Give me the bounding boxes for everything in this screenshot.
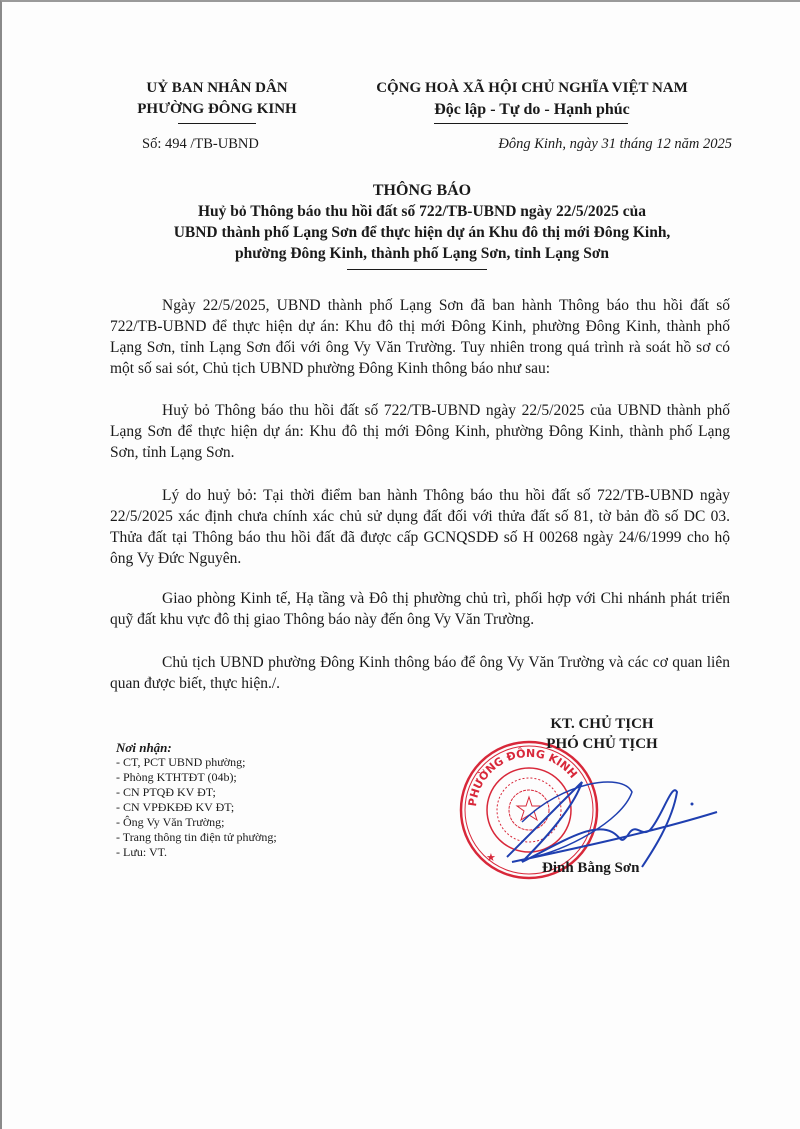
agency-underline bbox=[178, 123, 256, 124]
document-title: THÔNG BÁO Huỷ bỏ Thông báo thu hồi đất s… bbox=[112, 180, 732, 264]
nation-line-1: CỘNG HOÀ XÃ HỘI CHỦ NGHĨA VIỆT NAM bbox=[332, 78, 732, 99]
subject-line-3: phường Đông Kinh, thành phố Lạng Sơn, tỉ… bbox=[112, 243, 732, 264]
recipients-list: Nơi nhận: - CT, PCT UBND phường; - Phòng… bbox=[116, 740, 277, 860]
body-paragraph-3: Lý do huỷ bỏ: Tại thời điểm ban hành Thô… bbox=[110, 485, 730, 569]
national-motto: CỘNG HOÀ XÃ HỘI CHỦ NGHĨA VIỆT NAM Độc l… bbox=[332, 78, 732, 120]
title-underline bbox=[347, 269, 487, 270]
body-paragraph-2: Huỷ bỏ Thông báo thu hồi đất số 722/TB-U… bbox=[110, 400, 730, 463]
nation-line-2: Độc lập - Tự do - Hạnh phúc bbox=[332, 99, 732, 120]
document-page: UỶ BAN NHÂN DÂN PHƯỜNG ĐÔNG KINH CỘNG HO… bbox=[0, 0, 800, 1129]
recipient-item: - Ông Vy Văn Trường; bbox=[116, 815, 277, 830]
subject-line-1: Huỷ bỏ Thông báo thu hồi đất số 722/TB-U… bbox=[112, 201, 732, 222]
recipient-item: - CT, PCT UBND phường; bbox=[116, 755, 277, 770]
agency-line-2: PHƯỜNG ĐÔNG KINH bbox=[112, 99, 322, 120]
document-type: THÔNG BÁO bbox=[112, 180, 732, 201]
body-paragraph-1: Ngày 22/5/2025, UBND thành phố Lạng Sơn … bbox=[110, 295, 730, 379]
recipient-item: - Trang thông tin điện tử phường; bbox=[116, 830, 277, 845]
subject-line-2: UBND thành phố Lạng Sơn để thực hiện dự … bbox=[112, 222, 732, 243]
recipient-item: - Lưu: VT. bbox=[116, 845, 277, 860]
issuing-agency: UỶ BAN NHÂN DÂN PHƯỜNG ĐÔNG KINH bbox=[112, 78, 322, 120]
authority-line-2: PHÓ CHỦ TỊCH bbox=[472, 734, 732, 754]
svg-text:★: ★ bbox=[486, 851, 496, 864]
recipients-label: Nơi nhận: bbox=[116, 740, 277, 755]
recipient-item: - CN PTQĐ KV ĐT; bbox=[116, 785, 277, 800]
agency-line-1: UỶ BAN NHÂN DÂN bbox=[112, 78, 322, 99]
body-paragraph-5: Chủ tịch UBND phường Đông Kinh thông báo… bbox=[110, 652, 730, 694]
authority-line-1: KT. CHỦ TỊCH bbox=[472, 714, 732, 734]
motto-underline bbox=[434, 123, 628, 124]
recipient-item: - Phòng KTHTĐT (04b); bbox=[116, 770, 277, 785]
signing-authority: KT. CHỦ TỊCH PHÓ CHỦ TỊCH bbox=[472, 714, 732, 754]
document-number: Số: 494 /TB-UBND bbox=[142, 136, 259, 153]
handwritten-signature-icon bbox=[502, 762, 722, 872]
recipient-item: - CN VPĐKĐĐ KV ĐT; bbox=[116, 800, 277, 815]
place-date: Đông Kinh, ngày 31 tháng 12 năm 2025 bbox=[447, 136, 732, 153]
body-paragraph-4: Giao phòng Kinh tế, Hạ tầng và Đô thị ph… bbox=[110, 588, 730, 630]
signer-name: Đinh Bằng Sơn bbox=[542, 860, 640, 877]
